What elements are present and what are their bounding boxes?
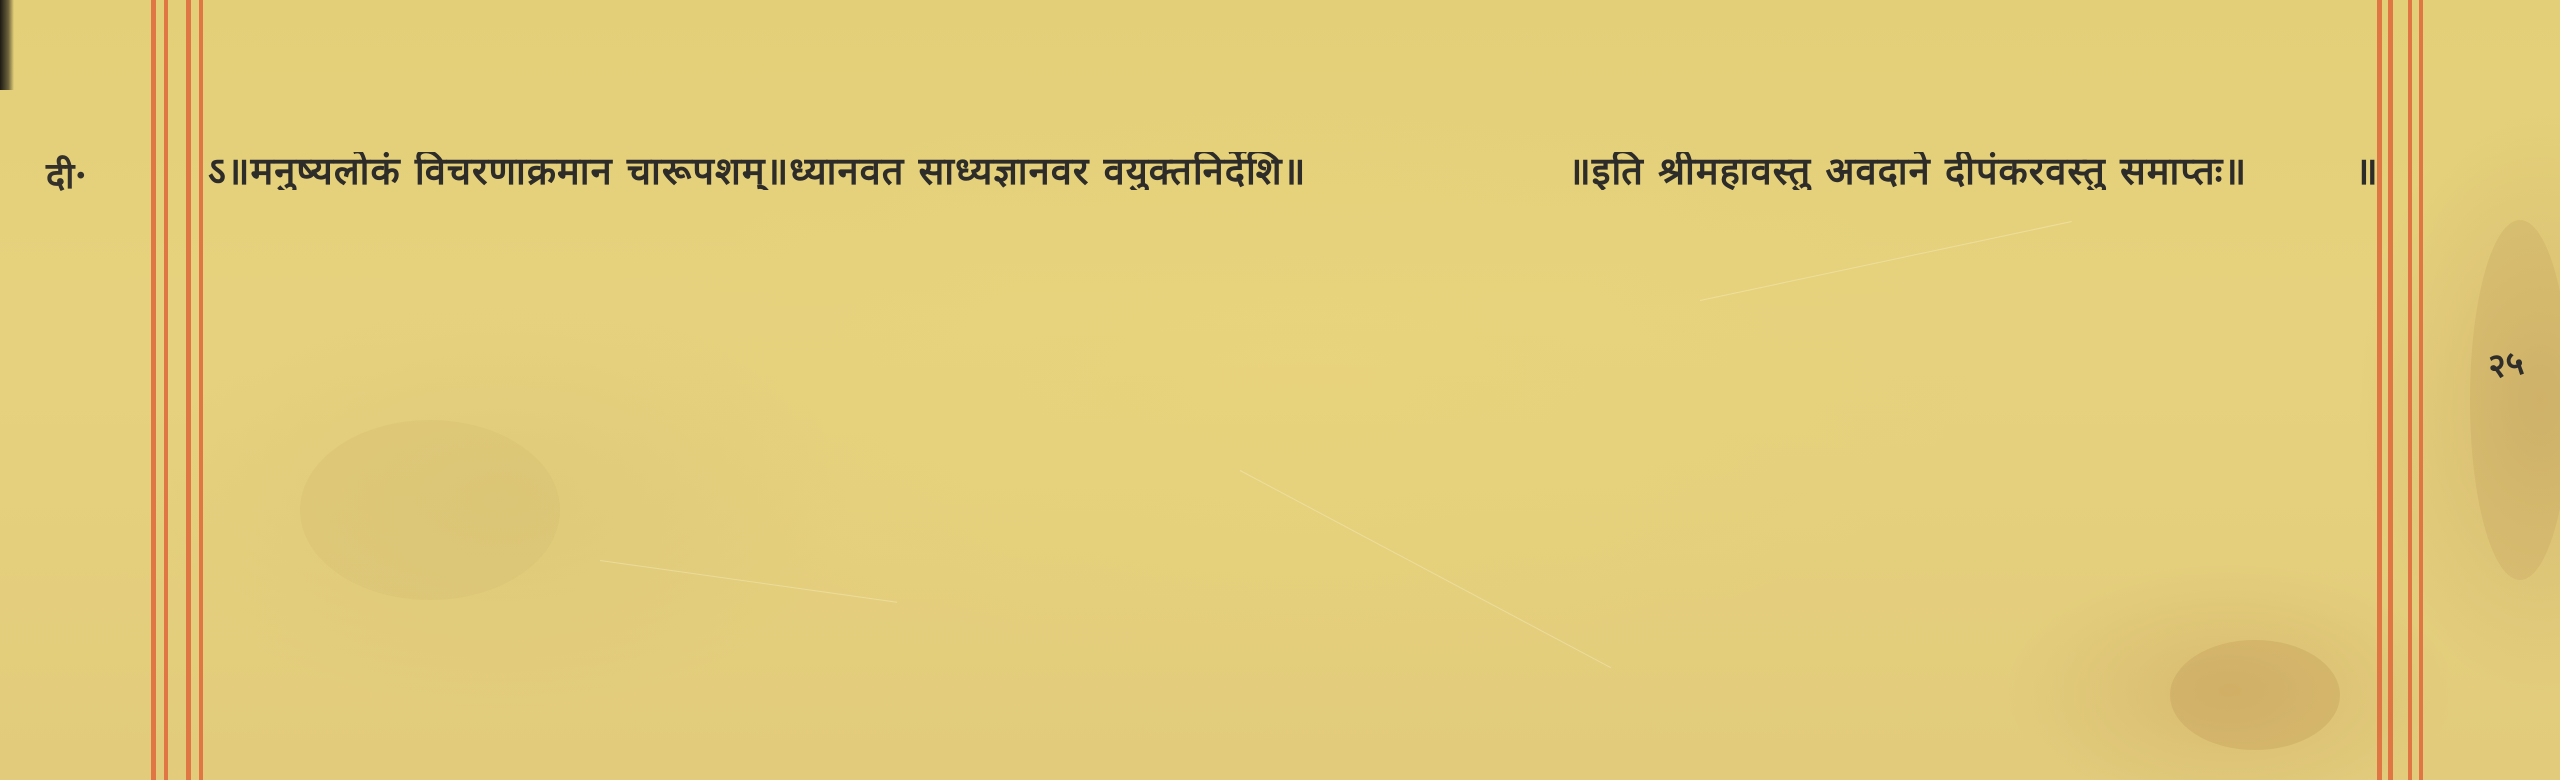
right-margin-danda: ॥: [2355, 152, 2379, 190]
left-margin-rule: [199, 0, 203, 780]
left-margin-rule: [186, 0, 191, 780]
right-margin-rule: [2388, 0, 2393, 780]
stain: [2170, 640, 2340, 750]
text-line-colophon: ॥इति श्रीमहावस्तु अवदाने दीपंकरवस्तु समा…: [1568, 152, 2298, 190]
page-edge-shadow: [0, 0, 14, 90]
text-line-main: ऽ॥मनुष्यलोकं विचरणाक्रमान चारूपशम्॥ध्यान…: [208, 152, 1433, 190]
manuscript-folio: दी· ऽ॥मनुष्यलोकं विचरणाक्रमान चारूपशम्॥ध…: [0, 0, 2560, 780]
left-margin-rule: [151, 0, 156, 780]
folio-number: २५: [2485, 338, 2526, 388]
paper-crease: [600, 560, 897, 603]
left-margin-marker: दी·: [46, 150, 87, 199]
paper-crease: [1700, 221, 2072, 301]
right-margin-rule: [2377, 0, 2382, 780]
left-margin-rule: [164, 0, 168, 780]
stain: [300, 420, 560, 600]
stain: [2470, 220, 2560, 580]
right-margin-rule: [2419, 0, 2423, 780]
right-margin-rule: [2408, 0, 2412, 780]
paper-crease: [1240, 470, 1611, 668]
